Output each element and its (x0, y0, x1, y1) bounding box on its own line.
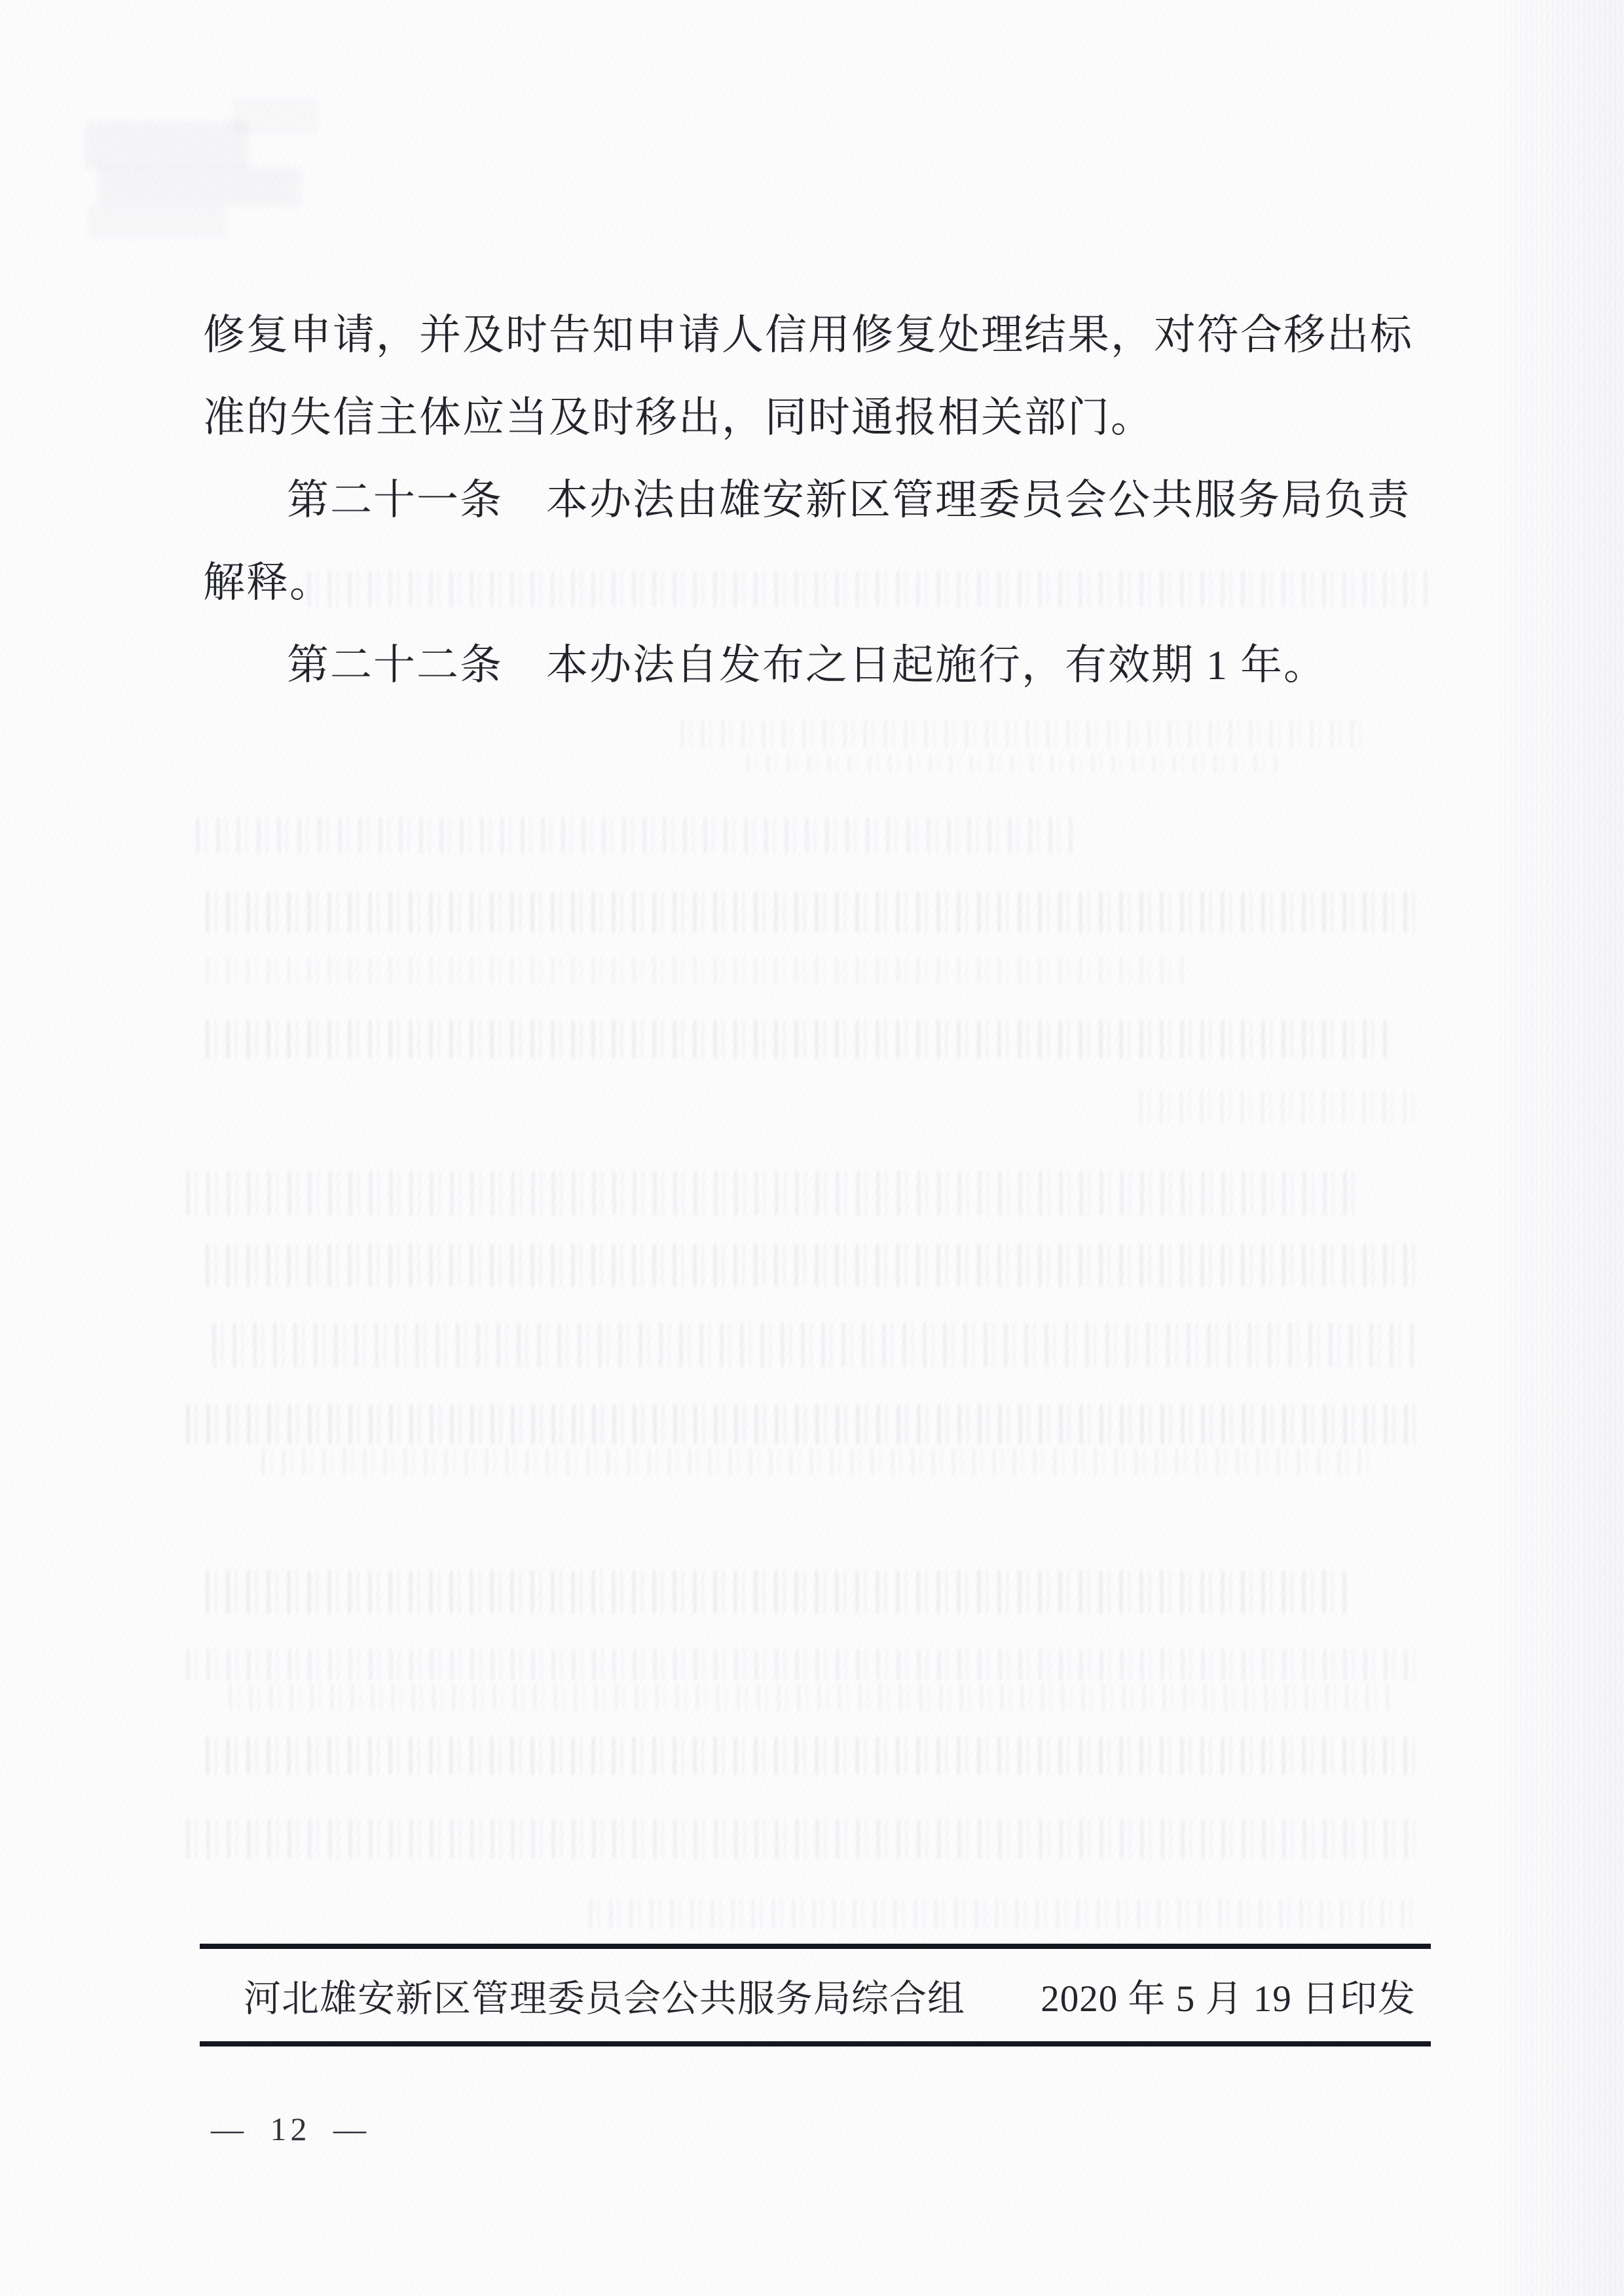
ghost-text-band (206, 1737, 1421, 1775)
ghost-text-band (187, 1405, 1424, 1444)
ghost-text-block (88, 206, 226, 238)
scan-edge-shading (1500, 0, 1624, 2296)
ghost-text-band (187, 1819, 1418, 1859)
body-text-line: 解释。 (203, 542, 1421, 624)
ghost-text-band (229, 1684, 1395, 1711)
footer-top-rule (200, 1944, 1431, 1949)
ghost-text-band (1139, 1090, 1421, 1123)
footer-date: 2020 年 5 月 19 日印发 (1041, 1969, 1416, 2022)
body-text-line: 修复申请，并及时告知申请人信用修复处理结果，对符合移出标 (203, 294, 1421, 377)
ghost-text-band (206, 1020, 1388, 1058)
ghost-text-band (213, 1323, 1414, 1367)
ghost-text-band (206, 892, 1421, 933)
ghost-text-band (681, 720, 1362, 748)
body-text-line: 第二十二条 本办法自发布之日起施行，有效期 1 年。 (203, 624, 1421, 707)
ghost-text-band (747, 754, 1277, 773)
ghost-text-band (196, 817, 1074, 853)
document-body: 修复申请，并及时告知申请人信用修复处理结果，对符合移出标准的失信主体应当及时移出… (203, 294, 1421, 707)
ghost-text-block (232, 98, 318, 134)
ghost-text-block (85, 121, 249, 170)
body-text-line: 第二十一条 本办法由雄安新区管理委员会公共服务局负责 (203, 459, 1421, 542)
ghost-text-band (262, 1449, 1375, 1475)
page-number: — 12 — (211, 2110, 370, 2148)
ghost-text-band (187, 1171, 1362, 1215)
ghost-text-block (98, 167, 301, 206)
ghost-text-band (206, 1244, 1421, 1287)
ghost-text-band (206, 957, 1189, 984)
footer-issuer: 河北雄安新区管理委员会公共服务局综合组 (244, 1969, 965, 2022)
footer-bottom-rule (200, 2041, 1431, 2046)
footer: 河北雄安新区管理委员会公共服务局综合组 2020 年 5 月 19 日印发 (244, 1954, 1416, 2037)
ghost-text-band (187, 1649, 1424, 1680)
body-text-line: 准的失信主体应当及时移出，同时通报相关部门。 (203, 377, 1421, 459)
scanned-document-page: 修复申请，并及时告知申请人信用修复处理结果，对符合移出标准的失信主体应当及时移出… (0, 0, 1624, 2296)
ghost-text-band (589, 1899, 1421, 1929)
ghost-text-band (206, 1570, 1349, 1614)
